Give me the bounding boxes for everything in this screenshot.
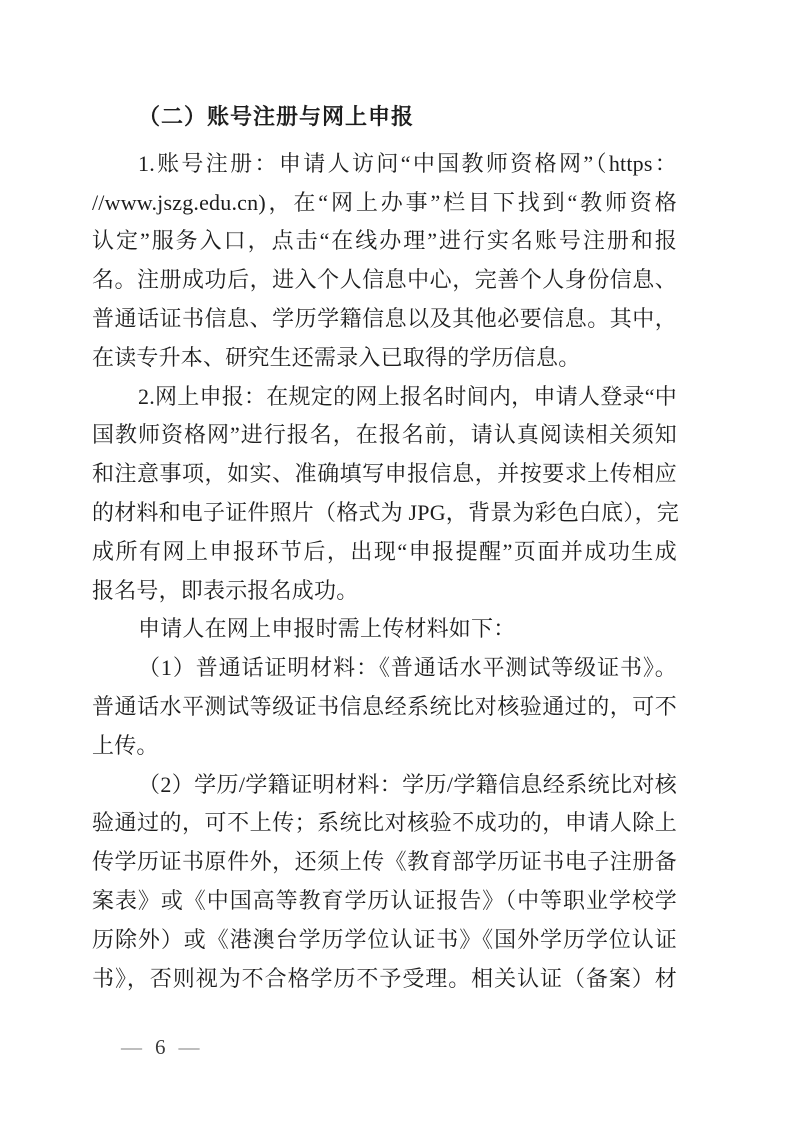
document-page: （二）账号注册与网上申报1.账号注册：申请人访问“中国教师资格网”（https：…	[0, 0, 800, 1131]
text-line: 申请人在网上申报时需上传材料如下：	[92, 610, 677, 649]
text-line: 1.账号注册：申请人访问“中国教师资格网”（https：	[92, 145, 677, 184]
text-line: 的材料和电子证件照片（格式为 JPG，背景为彩色白底），完	[92, 494, 677, 533]
text-line: 历除外）或《港澳台学历学位认证书》《国外学历学位认证	[92, 921, 677, 960]
text-line: 书》，否则视为不合格学历不予受理。相关认证（备案）材	[92, 960, 677, 999]
page-footer: —6—	[121, 1034, 200, 1060]
footer-dash-left: —	[121, 1035, 142, 1059]
section-heading: （二）账号注册与网上申报	[92, 98, 677, 137]
text-line: 国教师资格网”进行报名，在报名前，请认真阅读相关须知	[92, 416, 677, 455]
text-line: 名。注册成功后，进入个人信息中心，完善个人身份信息、	[92, 261, 677, 300]
footer-dash-right: —	[179, 1035, 200, 1059]
text-line: 成所有网上申报环节后，出现“申报提醒”页面并成功生成	[92, 533, 677, 572]
text-line: 报名号，即表示报名成功。	[92, 572, 677, 611]
document-body: （二）账号注册与网上申报1.账号注册：申请人访问“中国教师资格网”（https：…	[92, 98, 677, 998]
text-line: 案表》或《中国高等教育学历认证报告》（中等职业学校学	[92, 882, 677, 921]
page-number: 6	[155, 1035, 166, 1059]
text-line: 2.网上申报：在规定的网上报名时间内，申请人登录“中	[92, 378, 677, 417]
text-line: 上传。	[92, 727, 677, 766]
text-line: 验通过的，可不上传；系统比对核验不成功的，申请人除上	[92, 804, 677, 843]
text-line: （1）普通话证明材料：《普通话水平测试等级证书》。	[92, 649, 677, 688]
text-line: 普通话水平测试等级证书信息经系统比对核验通过的，可不	[92, 688, 677, 727]
text-line: 传学历证书原件外，还须上传《教育部学历证书电子注册备	[92, 843, 677, 882]
text-line: 在读专升本、研究生还需录入已取得的学历信息。	[92, 339, 677, 378]
text-line: //www.jszg.edu.cn)，在“网上办事”栏目下找到“教师资格	[92, 184, 677, 223]
text-line: 和注意事项，如实、准确填写申报信息，并按要求上传相应	[92, 455, 677, 494]
text-line: 普通话证书信息、学历学籍信息以及其他必要信息。其中，	[92, 300, 677, 339]
text-line: （2）学历/学籍证明材料：学历/学籍信息经系统比对核	[92, 766, 677, 805]
text-line: 认定”服务入口，点击“在线办理”进行实名账号注册和报	[92, 222, 677, 261]
